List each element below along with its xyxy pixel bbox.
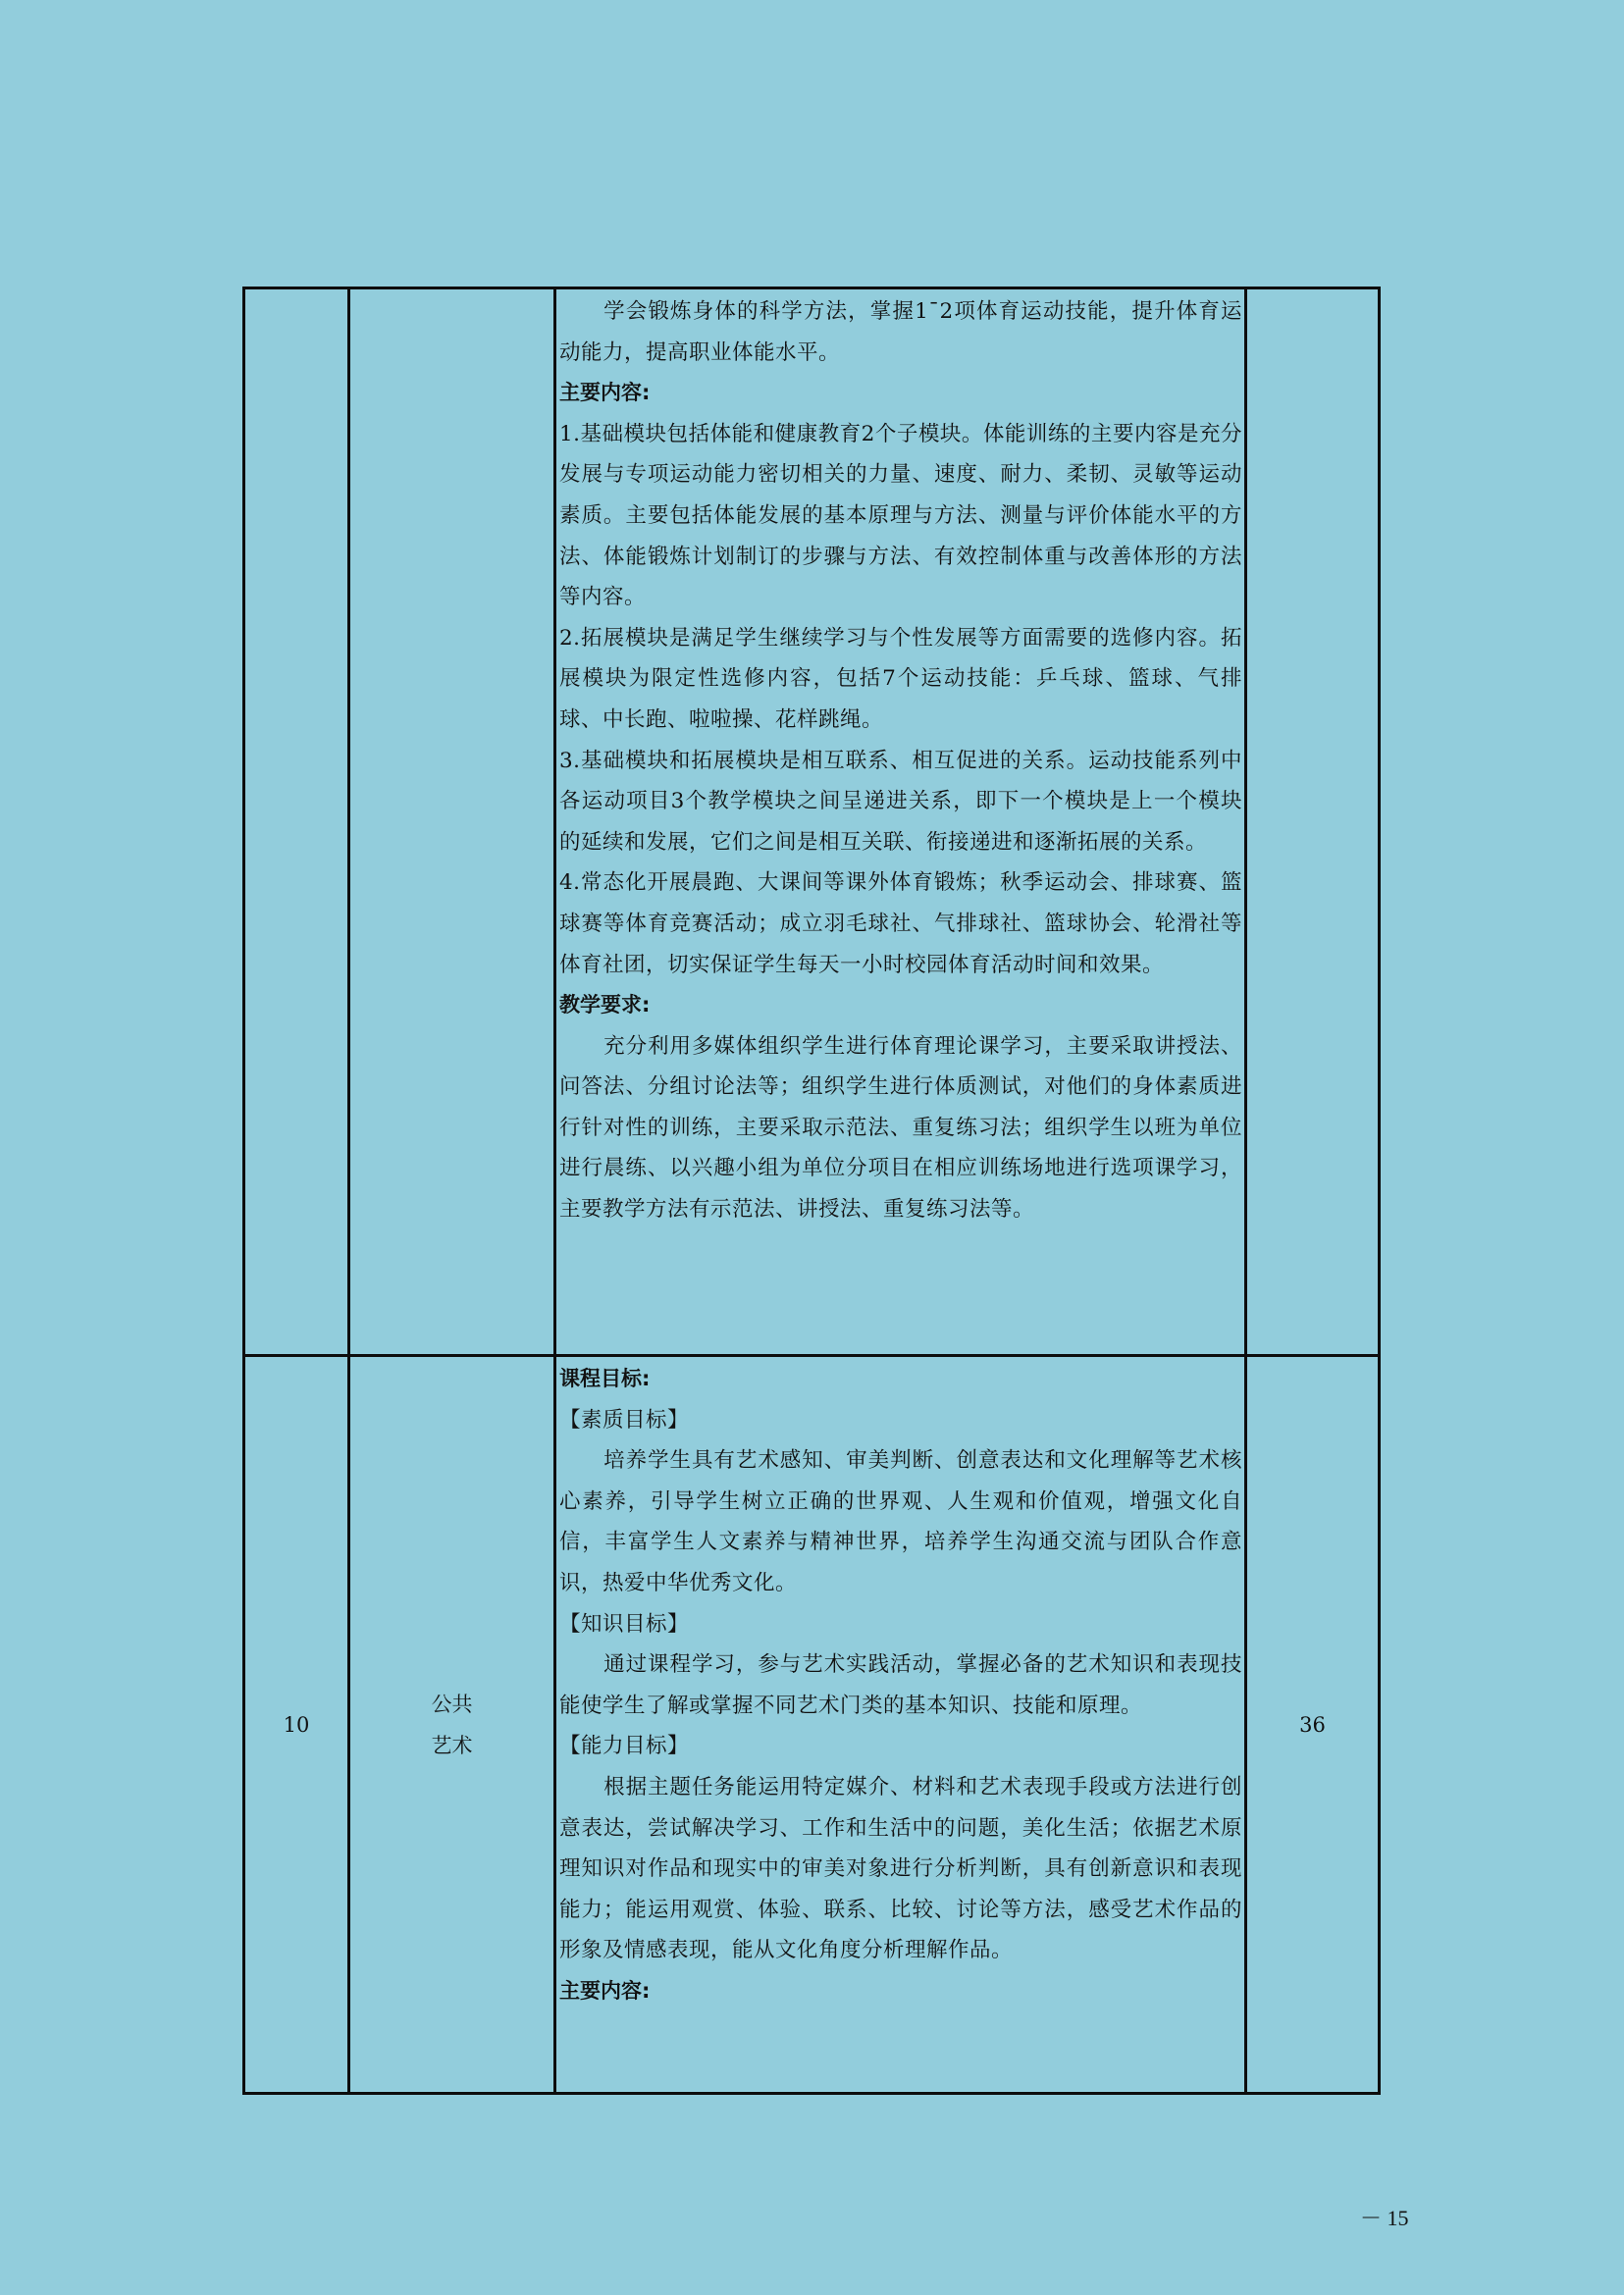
page-number: － 15 <box>1360 2202 1409 2232</box>
paragraph: 通过课程学习，参与艺术实践活动，掌握必备的艺术知识和表现技能使学生了解或掌握不同… <box>559 1644 1242 1726</box>
course-hours-cell: 36 <box>1247 1357 1378 2092</box>
course-index-cell <box>245 289 350 1354</box>
table-row: 学会锻炼身体的科学方法，掌握1¯2项体育运动技能，提升体育运动能力，提高职业体能… <box>245 289 1378 1354</box>
section-heading: 课程目标: <box>559 1359 1242 1400</box>
paragraph: 3.基础模块和拓展模块是相互联系、相互促进的关系。运动技能系列中各运动项目3个教… <box>559 741 1242 863</box>
section-heading: 教学要求: <box>559 985 1242 1026</box>
paragraph: 【素质目标】 <box>559 1400 1242 1441</box>
paragraph: 4.常态化开展晨跑、大课间等课外体育锻炼；秋季运动会、排球赛、篮球赛等体育竞赛活… <box>559 862 1242 985</box>
paragraph: 【能力目标】 <box>559 1726 1242 1767</box>
course-name-line: 公共 <box>432 1684 473 1725</box>
paragraph: 学会锻炼身体的科学方法，掌握1¯2项体育运动技能，提升体育运动能力，提高职业体能… <box>559 291 1242 373</box>
section-heading: 主要内容: <box>559 373 1242 414</box>
course-content-cell: 学会锻炼身体的科学方法，掌握1¯2项体育运动技能，提升体育运动能力，提高职业体能… <box>556 289 1247 1354</box>
paragraph: 充分利用多媒体组织学生进行体育理论课学习，主要采取讲授法、问答法、分组讨论法等；… <box>559 1026 1242 1230</box>
course-name-cell: 公共 艺术 <box>350 1357 556 2092</box>
paragraph: 1.基础模块包括体能和健康教育2个子模块。体能训练的主要内容是充分发展与专项运动… <box>559 414 1242 618</box>
table-row: 10 公共 艺术 课程目标:【素质目标】培养学生具有艺术感知、审美判断、创意表达… <box>245 1354 1378 2092</box>
course-name-cell <box>350 289 556 1354</box>
course-content-cell: 课程目标:【素质目标】培养学生具有艺术感知、审美判断、创意表达和文化理解等艺术核… <box>556 1357 1247 2092</box>
paragraph: 【知识目标】 <box>559 1604 1242 1645</box>
paragraph: 2.拓展模块是满足学生继续学习与个性发展等方面需要的选修内容。拓展模块为限定性选… <box>559 618 1242 741</box>
course-index-cell: 10 <box>245 1357 350 2092</box>
course-hours-cell <box>1247 289 1378 1354</box>
course-table: 学会锻炼身体的科学方法，掌握1¯2项体育运动技能，提升体育运动能力，提高职业体能… <box>242 287 1381 2095</box>
course-name-line: 艺术 <box>432 1725 473 1766</box>
paragraph: 培养学生具有艺术感知、审美判断、创意表达和文化理解等艺术核心素养，引导学生树立正… <box>559 1440 1242 1603</box>
paragraph: 根据主题任务能运用特定媒介、材料和艺术表现手段或方法进行创意表达，尝试解决学习、… <box>559 1767 1242 1971</box>
section-heading: 主要内容: <box>559 1971 1242 2012</box>
